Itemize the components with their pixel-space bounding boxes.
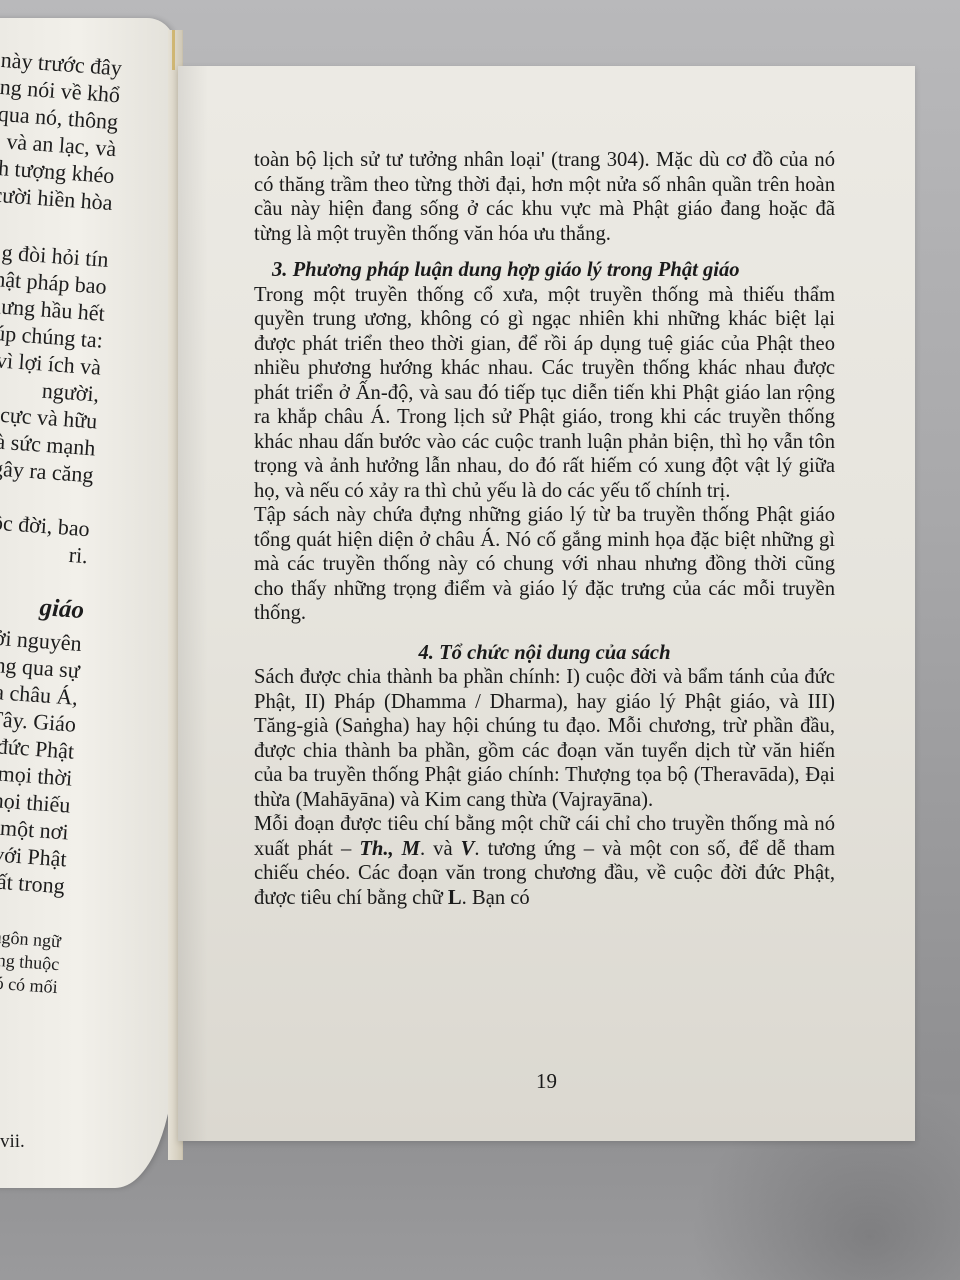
- left-page-line: rơng Tây. Giáo: [0, 705, 77, 736]
- left-page-line: vì lợi ích và: [0, 349, 102, 378]
- left-page-text: này trước đâyng nói về khổqua nó, thôngv…: [0, 18, 169, 33]
- page-edge-gilt: [172, 30, 175, 70]
- left-page: này trước đâyng nói về khổqua nó, thôngv…: [0, 18, 175, 1188]
- left-page-line: ất của mọi thời: [0, 758, 73, 789]
- abbr-theravada-mahayana: Th., M: [359, 838, 420, 860]
- left-page-line: thông qua sự: [0, 652, 81, 682]
- section-3-paragraph-1: Trong một truyền thống cổ xưa, một truyề…: [254, 283, 835, 504]
- text-run: . và: [420, 838, 461, 860]
- abbr-vajrayana: V: [461, 838, 475, 860]
- page-body: toàn bộ lịch sử tư tưởng nhân loại' (tra…: [254, 148, 835, 910]
- left-page-line: cười hiền hòa: [0, 184, 113, 214]
- right-page: toàn bộ lịch sử tư tưởng nhân loại' (tra…: [178, 66, 915, 1141]
- left-page-number: vii.: [0, 1131, 25, 1153]
- section-3-heading: 3. Phương pháp luận dung hợp giáo lý tro…: [254, 258, 835, 283]
- text-run: . Bạn có: [462, 887, 530, 909]
- intro-paragraph: toàn bộ lịch sử tư tưởng nhân loại' (tra…: [254, 148, 835, 246]
- left-page-line: g đòi hỏi tín: [1, 242, 109, 271]
- section-4-paragraph-1: Sách được chia thành ba phần chính: I) c…: [254, 665, 835, 812]
- left-page-line: krit là hai ngôn ngữ: [0, 922, 61, 950]
- left-page-line: úp chúng ta:: [0, 322, 104, 352]
- left-page-line: ch cực và hữu: [0, 402, 98, 433]
- left-page-line: in gây ra căng: [0, 456, 94, 487]
- left-page-line: nhưng hầu hết: [0, 294, 105, 325]
- section-4-heading: 4. Tổ chức nội dung của sách: [254, 641, 835, 666]
- left-page-line: cuộc đời, bao: [0, 510, 90, 540]
- page-number: 19: [178, 1069, 915, 1094]
- left-page-line: người,: [41, 380, 100, 406]
- left-page-line: ng của châu Á,: [0, 678, 79, 709]
- section-3-paragraph-2: Tập sách này chứa đựng những giáo lý từ …: [254, 503, 835, 626]
- left-page-line: ừ khởi nguyên: [0, 624, 82, 655]
- left-page-line: ri.: [68, 544, 88, 567]
- left-page-line: giáo: [39, 595, 85, 623]
- left-page-line: n nhất trong: [0, 868, 65, 897]
- section-4-paragraph-2: Mỗi đoạn được tiêu chí bằng một chữ cái …: [254, 812, 835, 910]
- left-page-line: o và sức mạnh: [0, 429, 96, 460]
- letter-l: L: [448, 887, 462, 909]
- left-page-line: Phật pháp bao: [0, 267, 107, 298]
